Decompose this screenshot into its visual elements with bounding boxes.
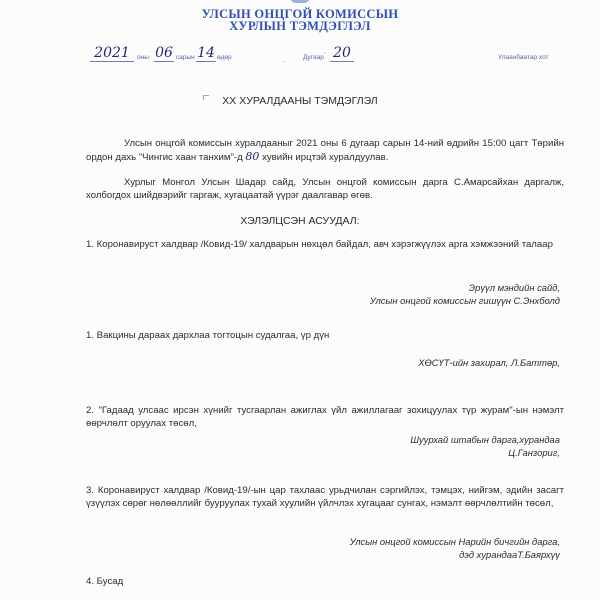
- handwritten-day: 14: [196, 46, 216, 62]
- meeting-minutes-page: УЛСЫН ОНЦГОЙ КОМИССЫН ХУРЛЫН ТЭМДЭГЛЭЛ 2…: [0, 0, 600, 600]
- agenda-item-4-presenter: Улсын онцгой комиссын Нарийн бичгийн дар…: [350, 536, 560, 561]
- agenda-item-2: 1. Вакцины дараах дархлаа тогтоцын судал…: [86, 330, 564, 343]
- agenda-item-1-presenter: Эрүүл мэндийн сайд, Улсын онцгой комиссы…: [370, 282, 560, 307]
- year-label: оны: [137, 54, 149, 61]
- agenda-title: ХЭЛЭЛЦСЭН АСУУДАЛ:: [0, 215, 600, 227]
- agenda-item-1: 1. Коронавируст халдвар /Ковид-19/ халдв…: [86, 239, 564, 252]
- state-emblem-icon: [290, 0, 310, 3]
- day-label: өдөр: [217, 54, 232, 61]
- org-title-line2: ХУРЛЫН ТЭМДЭГЛЭЛ: [0, 20, 600, 32]
- document-meta-row: 2021 оны 06 сарын 14 өдөр Дугаар 20 Улаа…: [0, 46, 600, 70]
- handwritten-year: 2021: [90, 46, 134, 62]
- agenda-item-2-presenter: ХӨСҮТ-ийн захирал, Л.Баттөр,: [418, 357, 560, 370]
- scan-speck: [283, 61, 285, 63]
- city-label: Улаанбаатар хот: [498, 54, 549, 61]
- agenda-item-5: 4. Бусад: [86, 576, 564, 589]
- scan-speck: [324, 52, 326, 54]
- handwritten-number: 20: [330, 46, 354, 62]
- handwritten-attendance: 80: [245, 150, 259, 163]
- handwritten-month: 06: [154, 46, 174, 62]
- intro-text-b: хувийн ирцтэй хуралдуулав.: [262, 152, 388, 163]
- number-label: Дугаар: [303, 54, 324, 61]
- document-title: XX ХУРАЛДААНЫ ТЭМДЭГЛЭЛ: [0, 95, 600, 107]
- intro-paragraph-2: Хурлыг Монгол Улсын Шадар сайд, Улсын он…: [86, 177, 564, 202]
- intro-paragraph-1: Улсын онцгой комиссын хуралдааныг 2021 о…: [86, 138, 564, 164]
- month-label: сарын: [176, 54, 195, 61]
- agenda-item-3-presenter: Шуурхай штабын дарга,хурандаа Ц.Ганзориг…: [410, 434, 560, 459]
- agenda-item-4: 3. Коронавируст халдвар /Ковид-19/-ын ца…: [86, 485, 564, 510]
- agenda-item-3: 2. "Гадаад улсаас ирсэн хүнийг тусгаарла…: [86, 405, 564, 430]
